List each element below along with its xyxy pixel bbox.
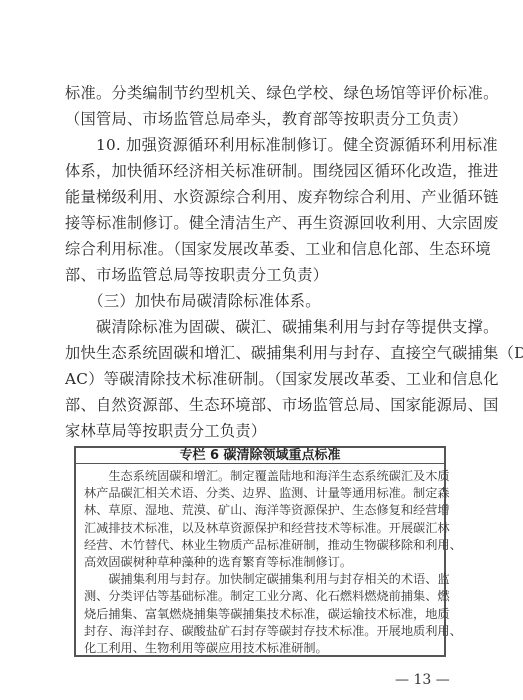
box-line: 林产品碳汇相关术语、分类、边界、监测、计量等通用标准。制定森 — [84, 485, 436, 502]
text-line: （国管局、市场监管总局牵头，教育部等按职责分工负责） — [65, 109, 449, 129]
text-line: 综合利用标准。（国家发展改革委、工业和信息化部、生态环境 — [65, 239, 449, 259]
box-line: 测、分类评估等基础标准。制定工业分离、化石燃料燃烧前捕集、燃 — [84, 588, 436, 605]
page-number: — 13 — — [395, 672, 450, 688]
box-line: 经营、木竹替代、林业生物质产品标准研制，推动生物碳移除和利用、 — [84, 537, 436, 554]
text-line: 加快生态系统固碳和增汇、碳捕集利用与封存、直接空气碳捕集（D — [65, 343, 449, 363]
sidebar-box-column-6: 专栏 6 碳清除领域重点标准 生态系统固碳和增汇。制定覆盖陆地和海洋生态系统碳汇… — [74, 446, 446, 657]
text-line: 体系，加快循环经济相关标准研制。围绕园区循环化改造，推进 — [65, 161, 449, 181]
text-line: AC）等碳清除技术标准研制。（国家发展改革委、工业和信息化 — [65, 369, 449, 389]
section-heading-3: （三）加快布局碳清除标准体系。 — [65, 291, 449, 311]
box-line: 碳捕集利用与封存。加快制定碳捕集利用与封存相关的术语、监 — [84, 571, 436, 588]
text-line: 部、自然资源部、生态环境部、市场监管总局、国家能源局、国 — [65, 395, 449, 415]
section-heading-10: 10. 加强资源循环利用标准制修订。健全资源循环利用标准 — [65, 135, 449, 155]
box-line: 汇减排技术标准，以及林草资源保护和经营技术等标准。开展碳汇林 — [84, 520, 436, 537]
text-line: 接等标准制修订。健全清洁生产、再生资源回收利用、大宗固废 — [65, 213, 449, 233]
text-line: 部、市场监管总局等按职责分工负责） — [65, 265, 449, 285]
box-line: 烧后捕集、富氧燃烧捕集等碳捕集技术标准，碳运输技术标准，地质 — [84, 606, 436, 623]
text-line: 家林草局等按职责分工负责） — [65, 421, 449, 441]
text-line: 能量梯级利用、水资源综合利用、废弃物综合利用、产业循环链 — [65, 187, 449, 207]
box-title: 专栏 6 碳清除领域重点标准 — [76, 448, 444, 464]
box-line: 封存、海洋封存、碳酸盐矿石封存等碳封存技术标准。开展地质利用、 — [84, 623, 436, 640]
box-line: 化工利用、生物利用等碳应用技术标准研制。 — [84, 640, 436, 657]
box-line: 生态系统固碳和增汇。制定覆盖陆地和海洋生态系统碳汇及木质 — [84, 468, 436, 485]
text-line: 碳清除标准为固碳、碳汇、碳捕集利用与封存等提供支撑。 — [65, 317, 449, 337]
box-line: 高效固碳树种草种藻种的选育繁育等标准制修订。 — [84, 554, 436, 571]
text-line: 标准。分类编制节约型机关、绿色学校、绿色场馆等评价标准。 — [65, 83, 449, 103]
box-line: 林、草原、湿地、荒漠、矿山、海洋等资源保护、生态修复和经营增 — [84, 502, 436, 519]
